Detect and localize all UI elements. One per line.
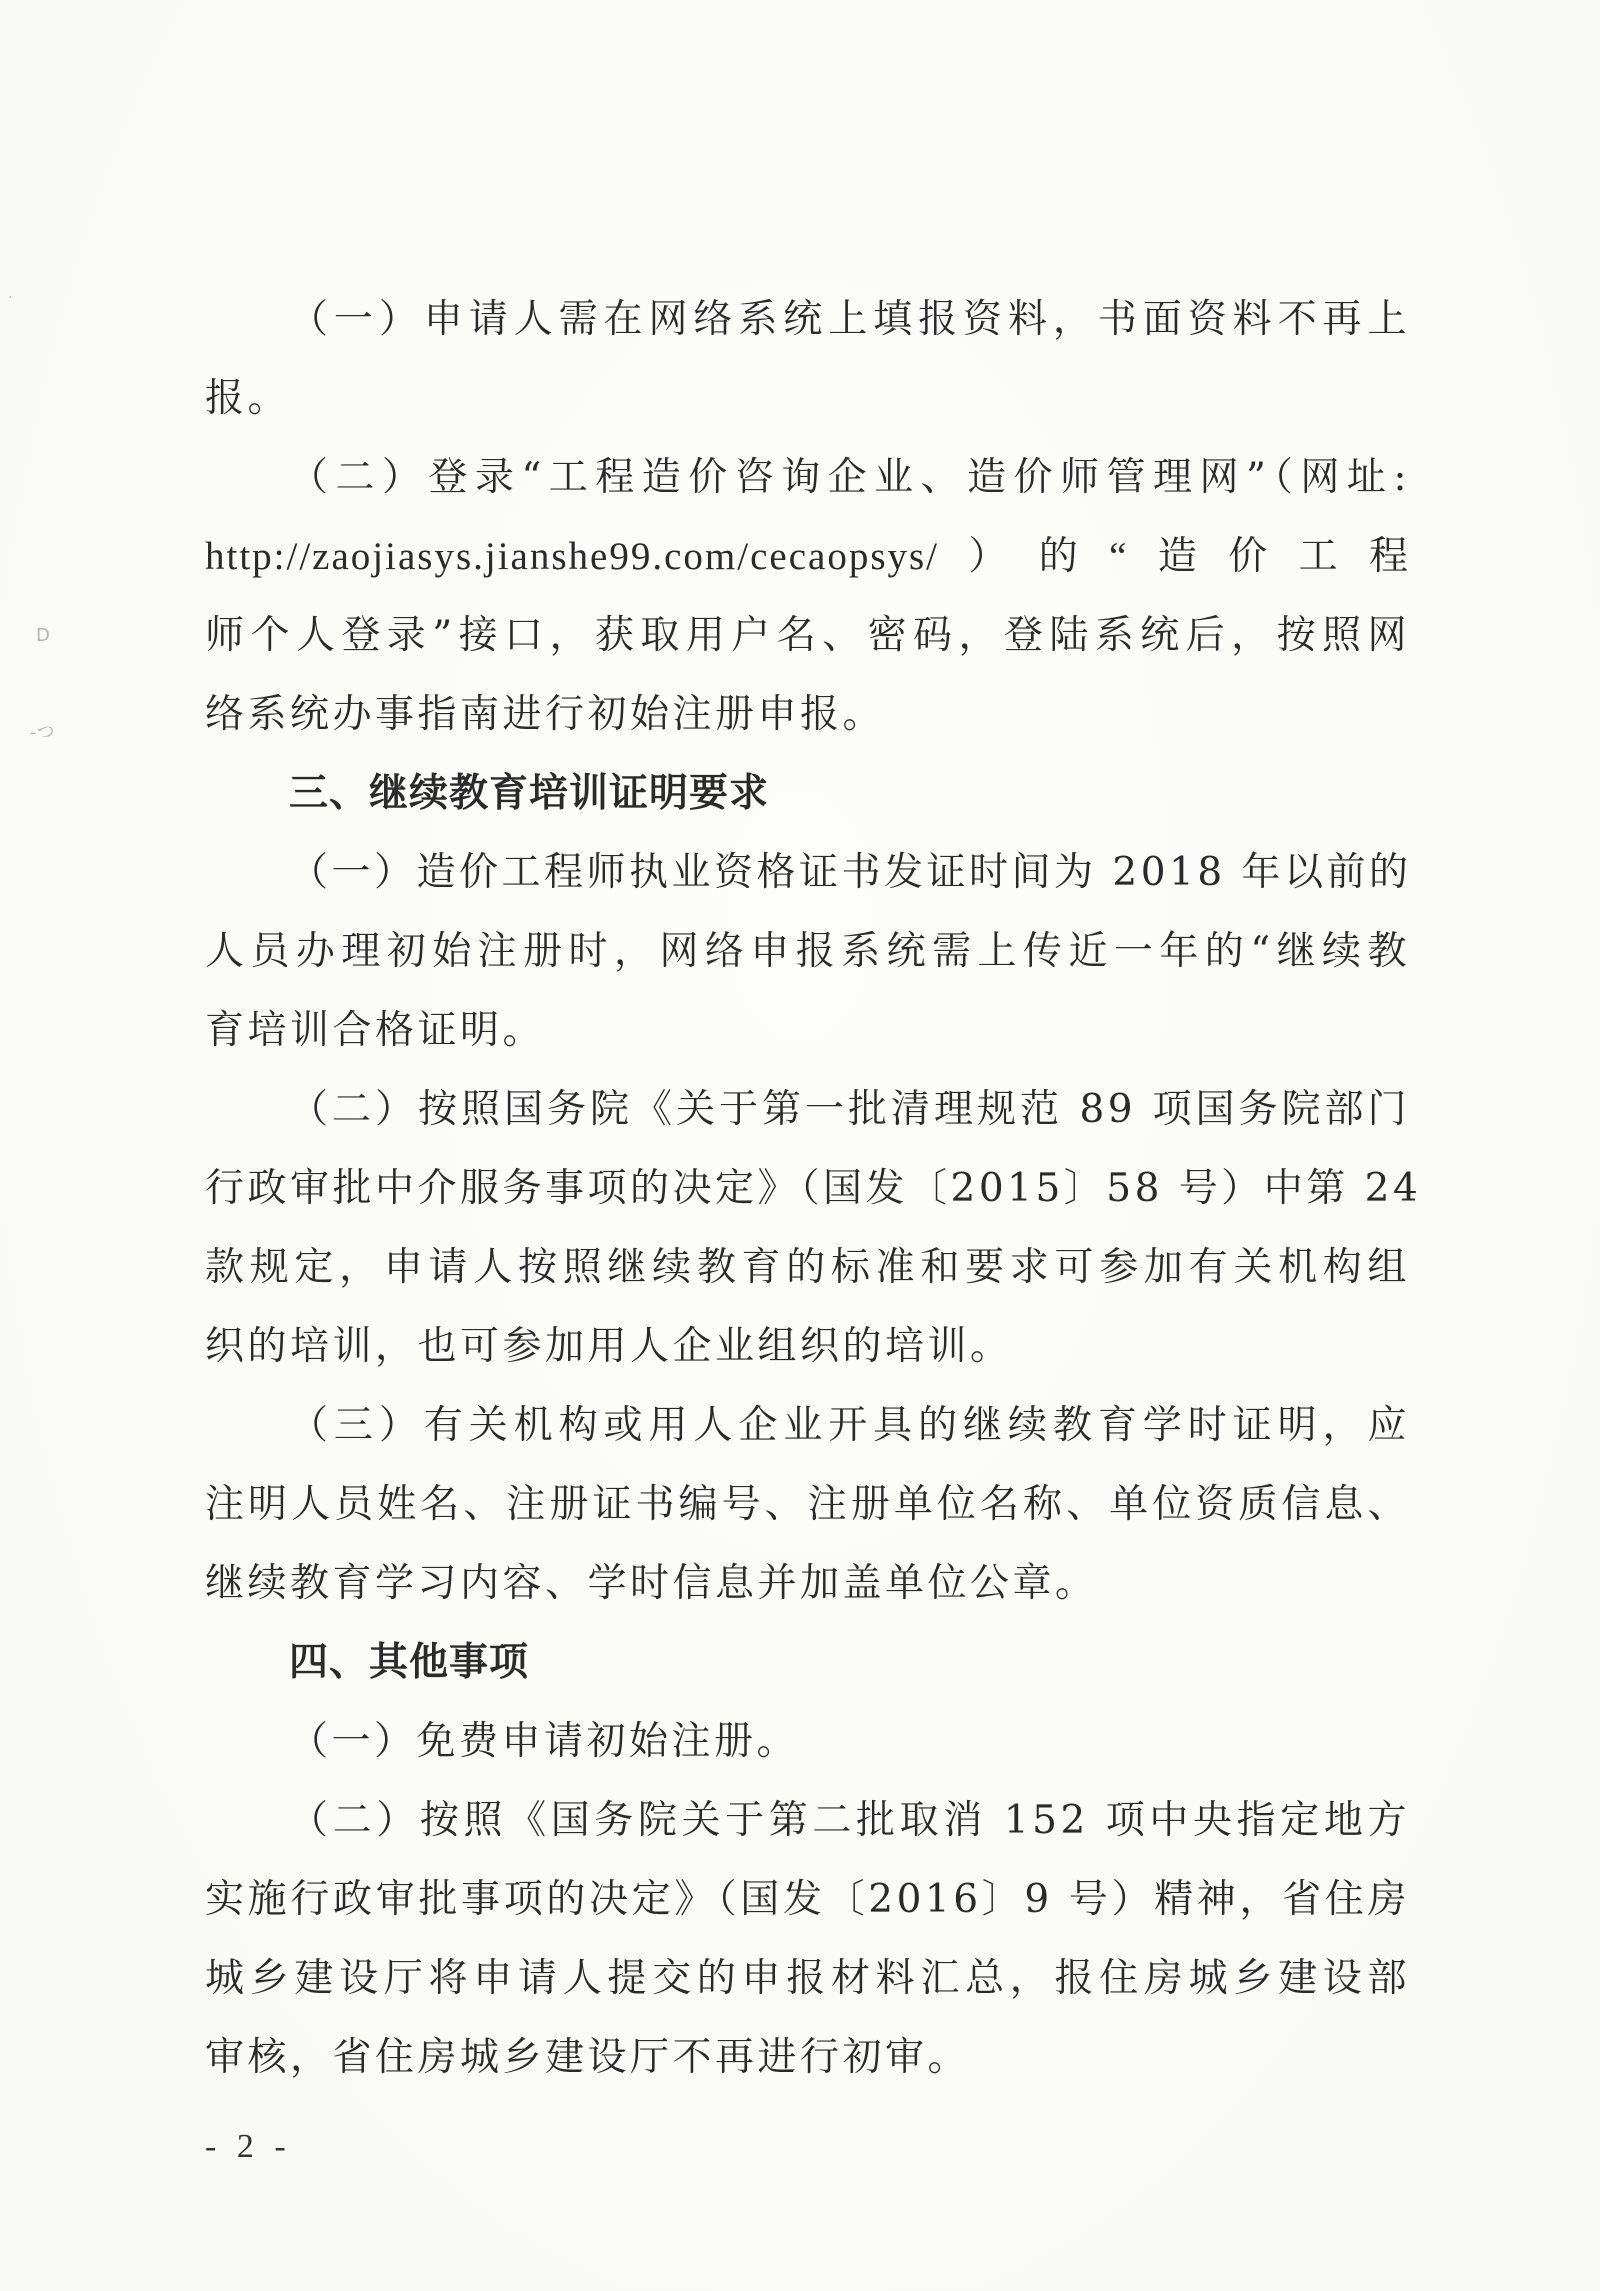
paragraph-line: 织的培训，也可参加用人企业组织的培训。 [205, 1307, 1410, 1386]
paragraph-line: 络系统办事指南进行初始注册申报。 [205, 675, 1410, 754]
paragraph-line: 育培训合格证明。 [205, 991, 1410, 1070]
paragraph-line: 审核，省住房城乡建设厅不再进行初审。 [205, 2018, 1410, 2097]
document-body: （一）申请人需在网络系统上填报资料，书面资料不再上 报。 （二）登录“工程造价咨… [205, 280, 1410, 2097]
paragraph-line: （一）造价工程师执业资格证书发证时间为 2018 年以前的 [205, 833, 1410, 912]
section-heading-other-matters: 四、其他事项 [205, 1623, 1410, 1702]
scanned-document-page: · D -つ （一）申请人需在网络系统上填报资料，书面资料不再上 报。 （二）登… [0, 0, 1600, 2291]
paragraph-line-with-url: http://zaojiasys.jianshe99.com/cecaopsys… [205, 517, 1410, 596]
paragraph-line: 行政审批中介服务事项的决定》（国发〔2015〕58 号）中第 24 [205, 1149, 1410, 1228]
paragraph-state-council-decision-2015: （二）按照国务院《关于第一批清理规范 89 项国务院部门 行政审批中介服务事项的… [205, 1070, 1410, 1386]
paragraph-line: （三）有关机构或用人企业开具的继续教育学时证明，应 [205, 1386, 1410, 1465]
paragraph-online-submission: （一）申请人需在网络系统上填报资料，书面资料不再上 报。 [205, 280, 1410, 438]
scan-artifact-mark: D [36, 625, 50, 646]
paragraph-line: （一）免费申请初始注册。 [205, 1702, 1410, 1781]
page-number: - 2 - [205, 2128, 292, 2166]
paragraph-line: 报。 [205, 359, 1410, 438]
paragraph-state-council-decision-2016: （二）按照《国务院关于第二批取消 152 项中央指定地方 实施行政审批事项的决定… [205, 1781, 1410, 2097]
paragraph-login-instructions: （二）登录“工程造价咨询企业、造价师管理网”（网址: http://zaojia… [205, 438, 1410, 754]
paragraph-training-certificate-contents: （三）有关机构或用人企业开具的继续教育学时证明，应 注明人员姓名、注册证书编号、… [205, 1386, 1410, 1623]
paragraph-line: （二）按照国务院《关于第一批清理规范 89 项国务院部门 [205, 1070, 1410, 1149]
section-heading-continuing-education: 三、继续教育培训证明要求 [205, 754, 1410, 833]
paragraph-line: 继续教育学习内容、学时信息并加盖单位公章。 [205, 1544, 1410, 1623]
paragraph-certificate-before-2018: （一）造价工程师执业资格证书发证时间为 2018 年以前的 人员办理初始注册时，… [205, 833, 1410, 1070]
scan-artifact-mark: · [8, 290, 12, 306]
paragraph-line: （二）登录“工程造价咨询企业、造价师管理网”（网址: [205, 438, 1410, 517]
paragraph-free-registration: （一）免费申请初始注册。 [205, 1702, 1410, 1781]
paragraph-line: 款规定，申请人按照继续教育的标准和要求可参加有关机构组 [205, 1228, 1410, 1307]
scan-artifact-mark: -つ [30, 718, 55, 744]
paragraph-line: （一）申请人需在网络系统上填报资料，书面资料不再上 [205, 280, 1410, 359]
paragraph-line: （二）按照《国务院关于第二批取消 152 项中央指定地方 [205, 1781, 1410, 1860]
paragraph-line: 注明人员姓名、注册证书编号、注册单位名称、单位资质信息、 [205, 1465, 1410, 1544]
paragraph-line: 实施行政审批事项的决定》（国发〔2016〕9 号）精神，省住房 [205, 1860, 1410, 1939]
paragraph-line: 城乡建设厅将申请人提交的申报材料汇总，报住房城乡建设部 [205, 1939, 1410, 2018]
paragraph-line: 师个人登录”接口，获取用户名、密码，登陆系统后，按照网 [205, 596, 1410, 675]
paragraph-line: 人员办理初始注册时，网络申报系统需上传近一年的“继续教 [205, 912, 1410, 991]
